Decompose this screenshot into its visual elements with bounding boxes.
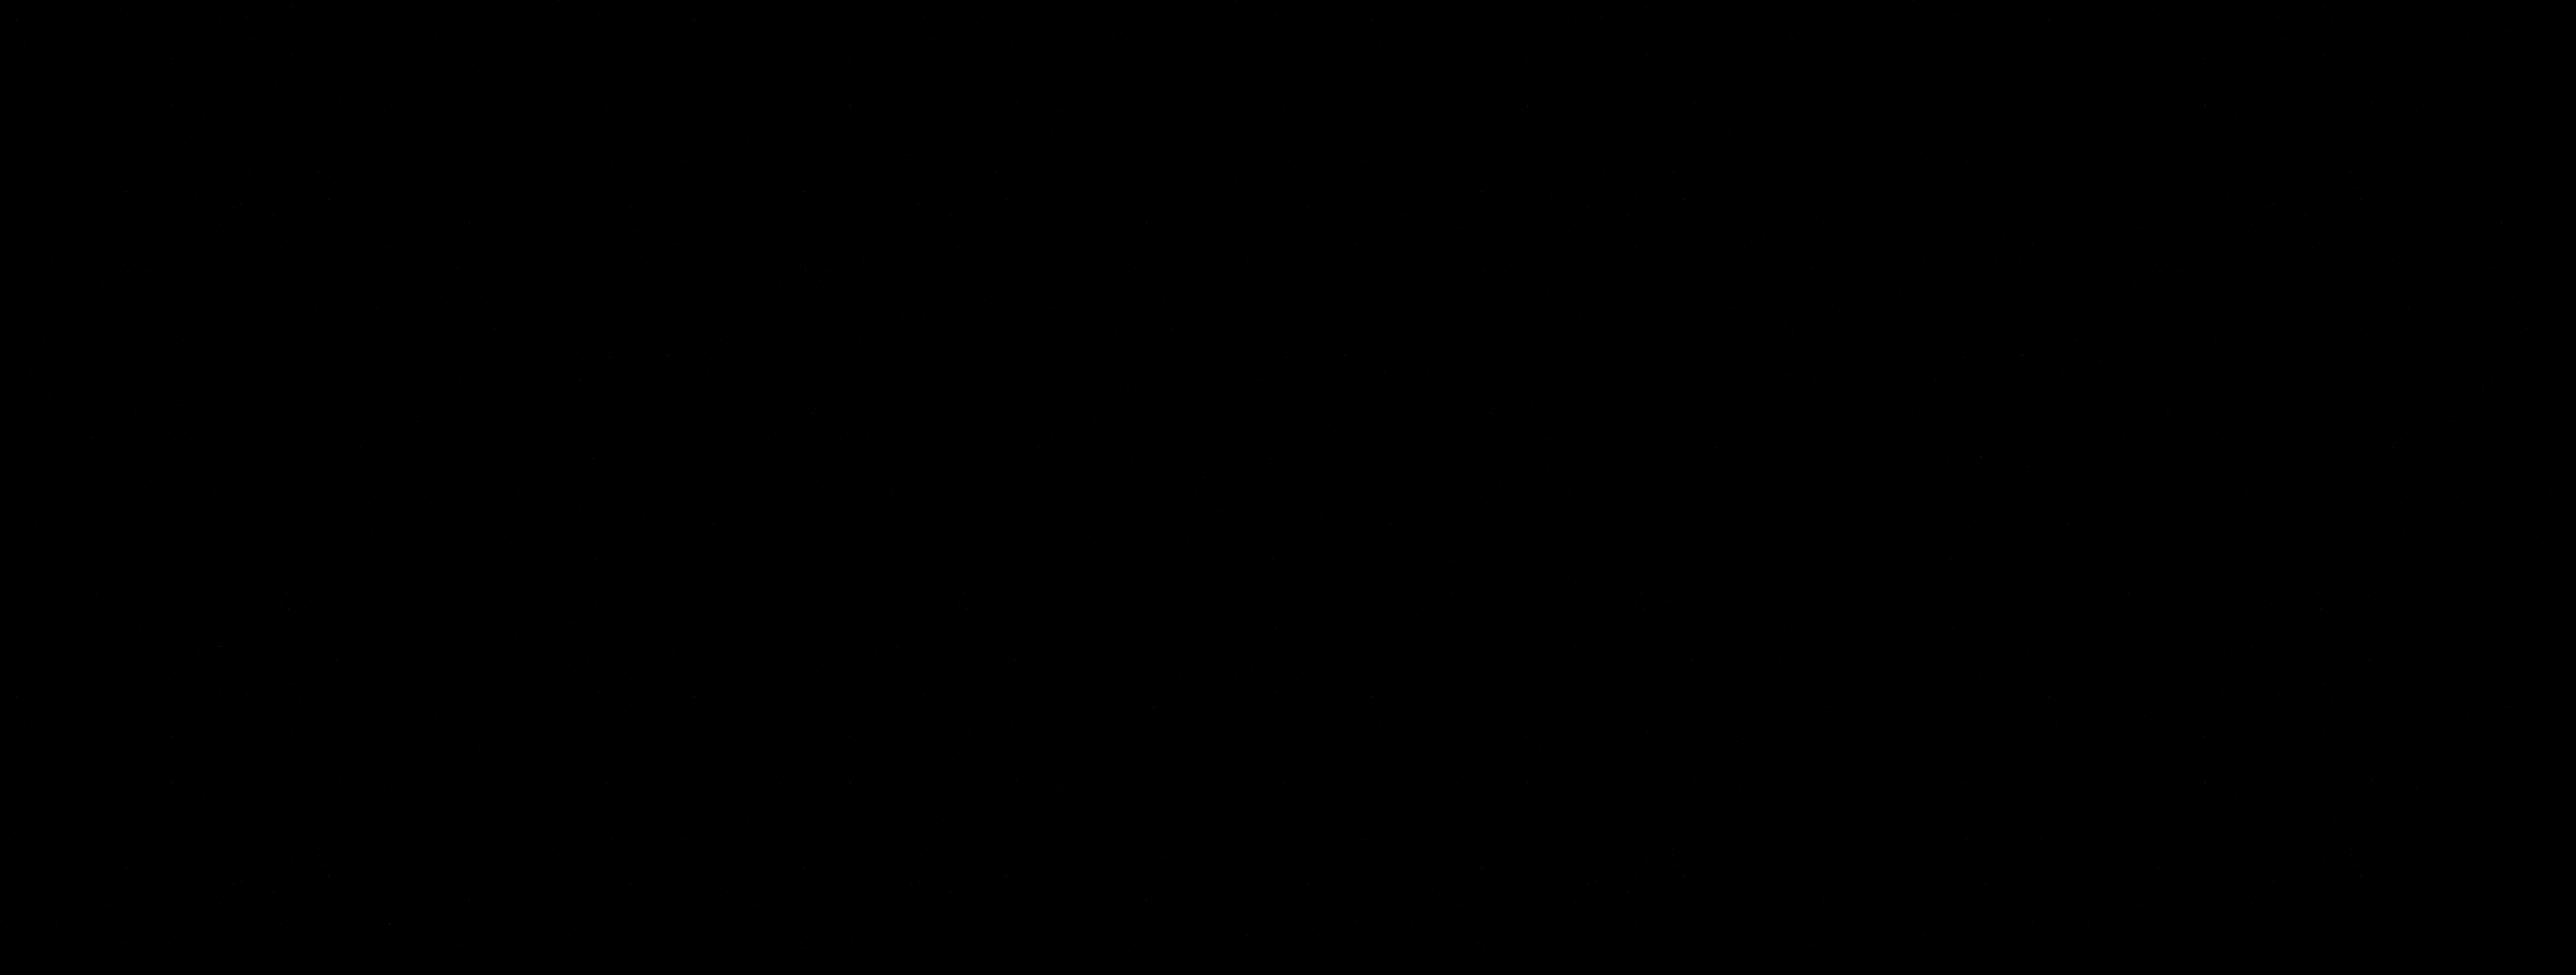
scan-right-edge-line xyxy=(2534,122,2545,873)
witnesses-left-flourish xyxy=(114,499,290,644)
scan-right-edge xyxy=(2526,0,2576,975)
bride-mark-icon xyxy=(2226,339,2235,434)
groom-cross-mark-icon xyxy=(2052,385,2211,400)
paper-stain xyxy=(2148,646,2393,838)
officiant-first: Will xyxy=(1763,164,1925,246)
witnesses-brace xyxy=(933,489,1012,761)
day-number: 5 xyxy=(0,33,80,147)
stray-pen-stroke xyxy=(1900,578,1949,733)
bride-first-name: Betty xyxy=(1826,463,1989,524)
witness-signature-2: Edw: Bedford xyxy=(1014,635,1707,762)
officiant-signature: Willm Marsden xyxy=(1763,154,2307,246)
paper-stain xyxy=(725,279,812,328)
scan-bottom-band xyxy=(0,826,2576,975)
paper-stain xyxy=(44,812,341,951)
bride-mark-word: her xyxy=(2190,312,2258,353)
officiant-last: Marsden xyxy=(1966,154,2306,240)
paper-stain xyxy=(1973,550,2131,663)
register-scan: 5th James Hulme & Betty Mather both of H… xyxy=(0,0,2576,975)
groom-mark-word: his xyxy=(2056,304,2116,344)
witnesses-heading: Witneſses xyxy=(359,527,879,623)
married-line: were Married in this Church by Banns by … xyxy=(31,169,2051,264)
signature-flourish xyxy=(997,773,1705,917)
bride-mark-icon xyxy=(2188,419,2281,445)
paper-stain xyxy=(2305,140,2480,271)
names-line: James Hulme & Betty Mather both of Holli… xyxy=(112,19,2493,131)
witness-signature-1: John yates. xyxy=(1024,511,1404,594)
scan-left-bottom-speckle xyxy=(26,724,480,943)
bride-surname: Mather. xyxy=(2068,506,2297,563)
groom-surname: Hulme xyxy=(2265,321,2469,378)
scan-corner-speckle xyxy=(2043,559,2532,943)
solemnized-line: This Marriage was Solemniz'd between us xyxy=(8,326,1894,425)
paper-grain xyxy=(0,0,2576,975)
groom-first-name: James xyxy=(1913,347,2084,404)
